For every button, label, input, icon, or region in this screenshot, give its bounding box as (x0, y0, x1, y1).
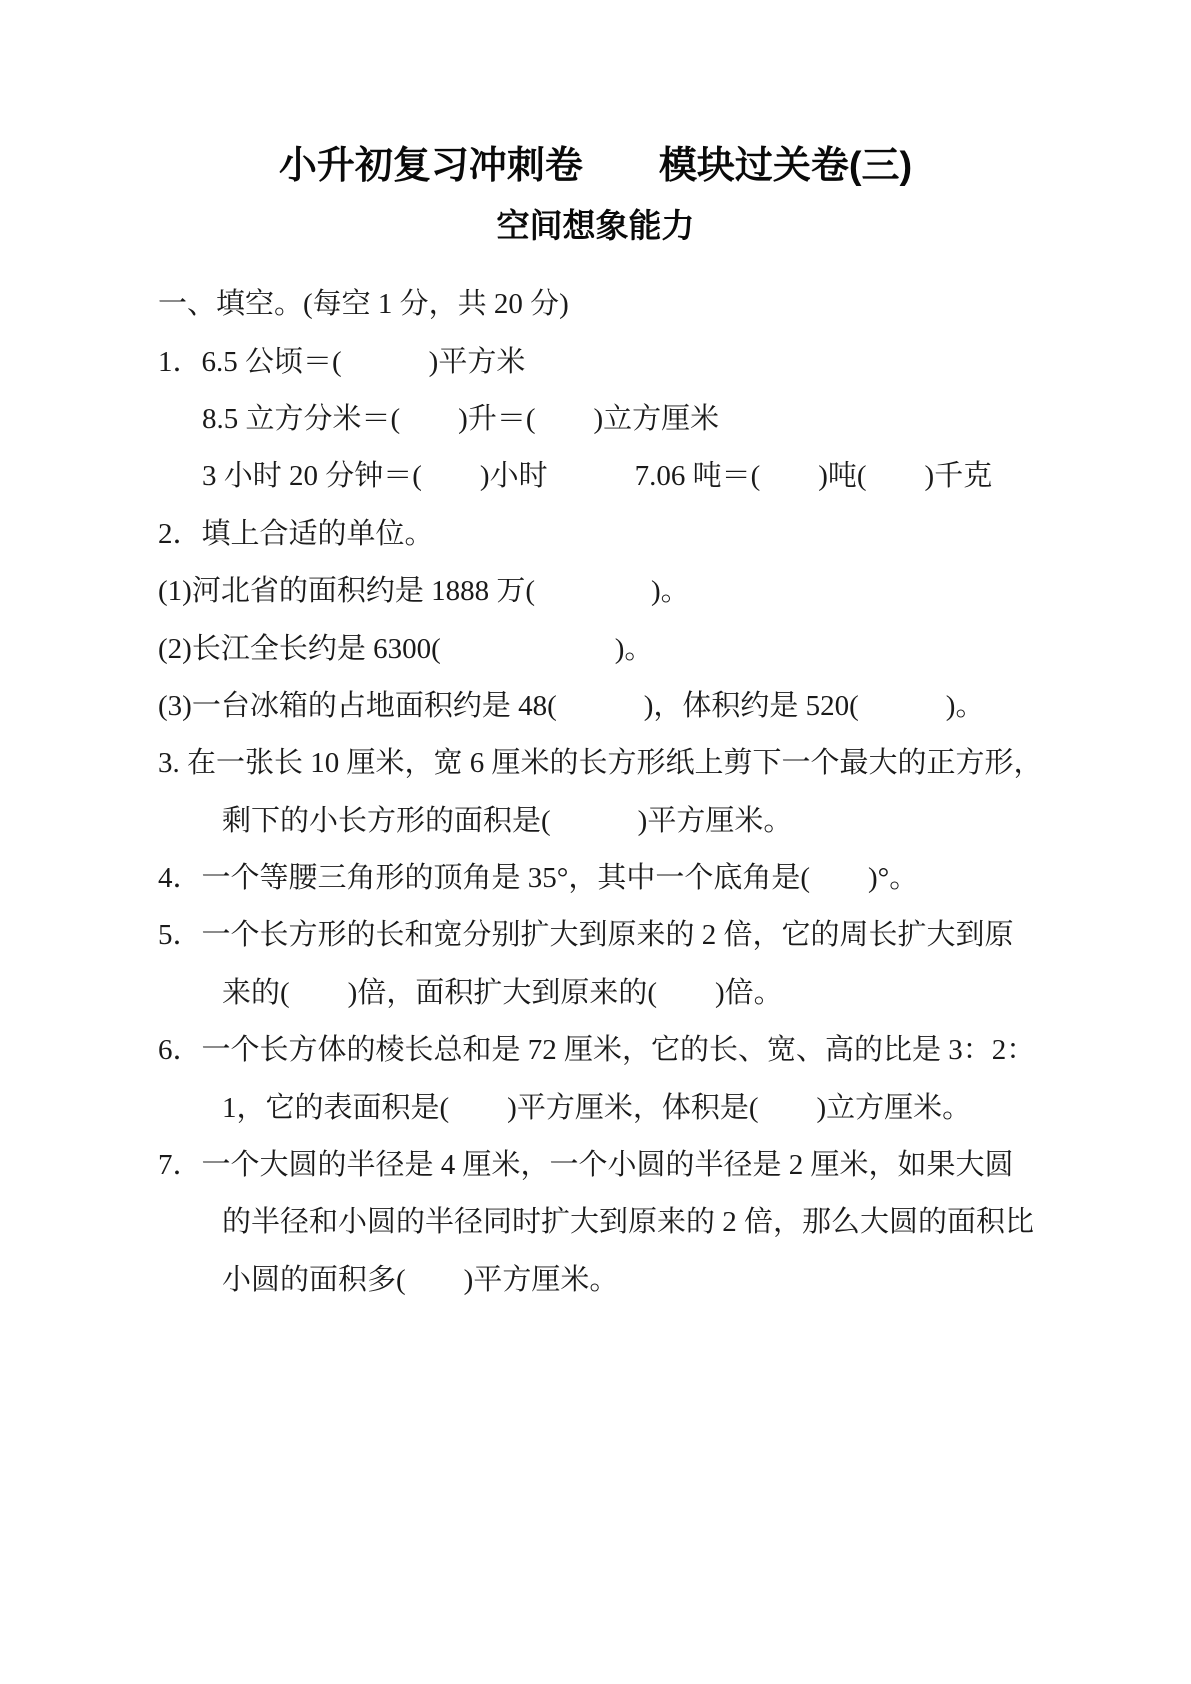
question-6-line-1: 6．一个长方体的棱长总和是 72 厘米，它的长、宽、高的比是 3：2： (0, 1022, 1191, 1079)
question-1-line-2: 8.5 立方分米＝( )升＝( )立方厘米 (0, 391, 1191, 448)
question-2: 2．填上合适的单位。 (0, 506, 1191, 563)
question-7-line-1: 7．一个大圆的半径是 4 厘米，一个小圆的半径是 2 厘米，如果大圆 (0, 1137, 1191, 1194)
question-7-line-2: 的半径和小圆的半径同时扩大到原来的 2 倍，那么大圆的面积比 (0, 1194, 1191, 1251)
page-subtitle: 空间想象能力 (0, 209, 1191, 242)
question-5-line-2: 来的( )倍，面积扩大到原来的( )倍。 (0, 965, 1191, 1022)
section-header-fill-in-blanks: 一、填空。(每空 1 分，共 20 分) (0, 276, 1191, 333)
question-4: 4．一个等腰三角形的顶角是 35°，其中一个底角是( )°。 (0, 850, 1191, 907)
question-1-line-1: 1．6.5 公顷＝( )平方米 (0, 333, 1191, 390)
question-3-line-2: 剩下的小长方形的面积是( )平方厘米。 (0, 793, 1191, 850)
worksheet-page: 小升初复习冲刺卷 模块过关卷(三) 空间想象能力 一、填空。(每空 1 分，共 … (0, 0, 1191, 1684)
page-title: 小升初复习冲刺卷 模块过关卷(三) (0, 147, 1191, 185)
question-2-sub-2: (2)长江全长约是 6300( )。 (0, 620, 1191, 677)
question-7-line-3: 小圆的面积多( )平方厘米。 (0, 1252, 1191, 1309)
question-3-line-1: 3. 在一张长 10 厘米，宽 6 厘米的长方形纸上剪下一个最大的正方形， (0, 735, 1191, 792)
question-5-line-1: 5．一个长方形的长和宽分别扩大到原来的 2 倍，它的周长扩大到原 (0, 907, 1191, 964)
question-2-sub-1: (1)河北省的面积约是 1888 万( )。 (0, 563, 1191, 620)
worksheet-body: 一、填空。(每空 1 分，共 20 分) 1．6.5 公顷＝( )平方米 8.5… (0, 276, 1191, 1309)
question-1-line-3: 3 小时 20 分钟＝( )小时 7.06 吨＝( )吨( )千克 (0, 448, 1191, 505)
question-2-sub-3: (3)一台冰箱的占地面积约是 48( )，体积约是 520( )。 (0, 678, 1191, 735)
question-6-line-2: 1，它的表面积是( )平方厘米，体积是( )立方厘米。 (0, 1079, 1191, 1136)
